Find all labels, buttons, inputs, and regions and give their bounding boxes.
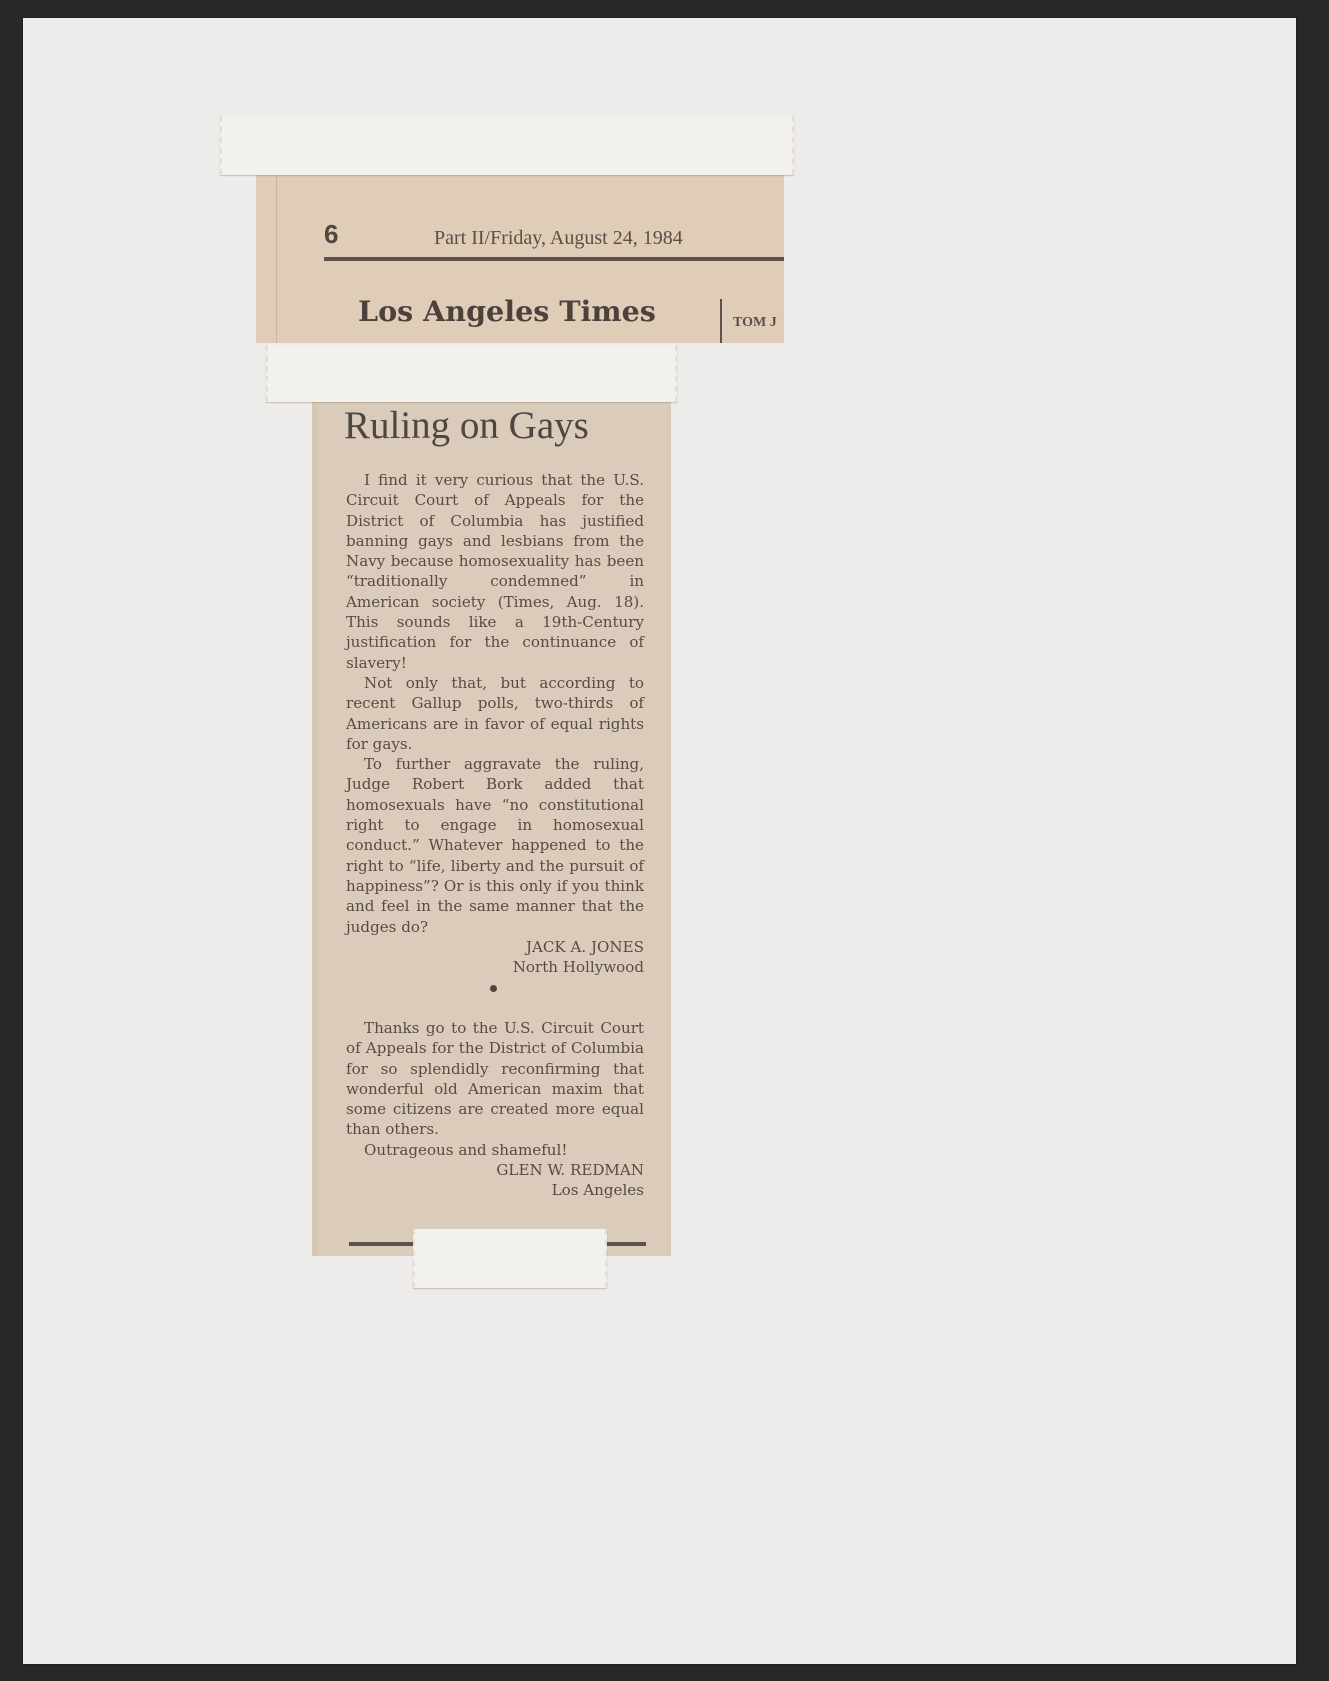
letter-paragraph: Thanks go to the U.S. Circuit Court of A… [346,1018,644,1140]
letter-paragraph: Not only that, but according to recent G… [346,673,644,754]
masthead-divider [720,299,722,343]
letter-paragraph: I find it very curious that the U.S. Cir… [346,470,644,673]
letter-location: Los Angeles [346,1180,644,1200]
fold-line [276,175,277,343]
separator-bullet [490,985,497,992]
letter-paragraph: To further aggravate the ruling, Judge R… [346,754,644,937]
letter-2: Thanks go to the U.S. Circuit Court of A… [346,1018,644,1201]
letter-1: I find it very curious that the U.S. Cir… [346,470,644,977]
tape-strip-top [220,116,794,175]
letter-author: GLEN W. REDMAN [346,1160,644,1180]
letters-clipping: Ruling on Gays I find it very curious th… [316,393,671,1256]
headline: Ruling on Gays [344,403,589,448]
dateline: Part II/Friday, August 24, 1984 [434,227,683,250]
tape-strip-middle [266,345,677,402]
masthead: Los Angeles Times [358,295,656,328]
letter-location: North Hollywood [346,957,644,977]
archive-page: 6 Part II/Friday, August 24, 1984 Los An… [23,18,1296,1664]
letter-paragraph: Outrageous and shameful! [346,1140,644,1160]
byline-stub: TOM J [733,315,777,331]
header-rule [324,257,784,261]
letter-author: JACK A. JONES [346,937,644,957]
newspaper-header-clipping: 6 Part II/Friday, August 24, 1984 Los An… [256,175,784,343]
torn-edge [312,393,318,1256]
page-number: 6 [324,219,338,250]
tape-strip-bottom [413,1229,607,1288]
